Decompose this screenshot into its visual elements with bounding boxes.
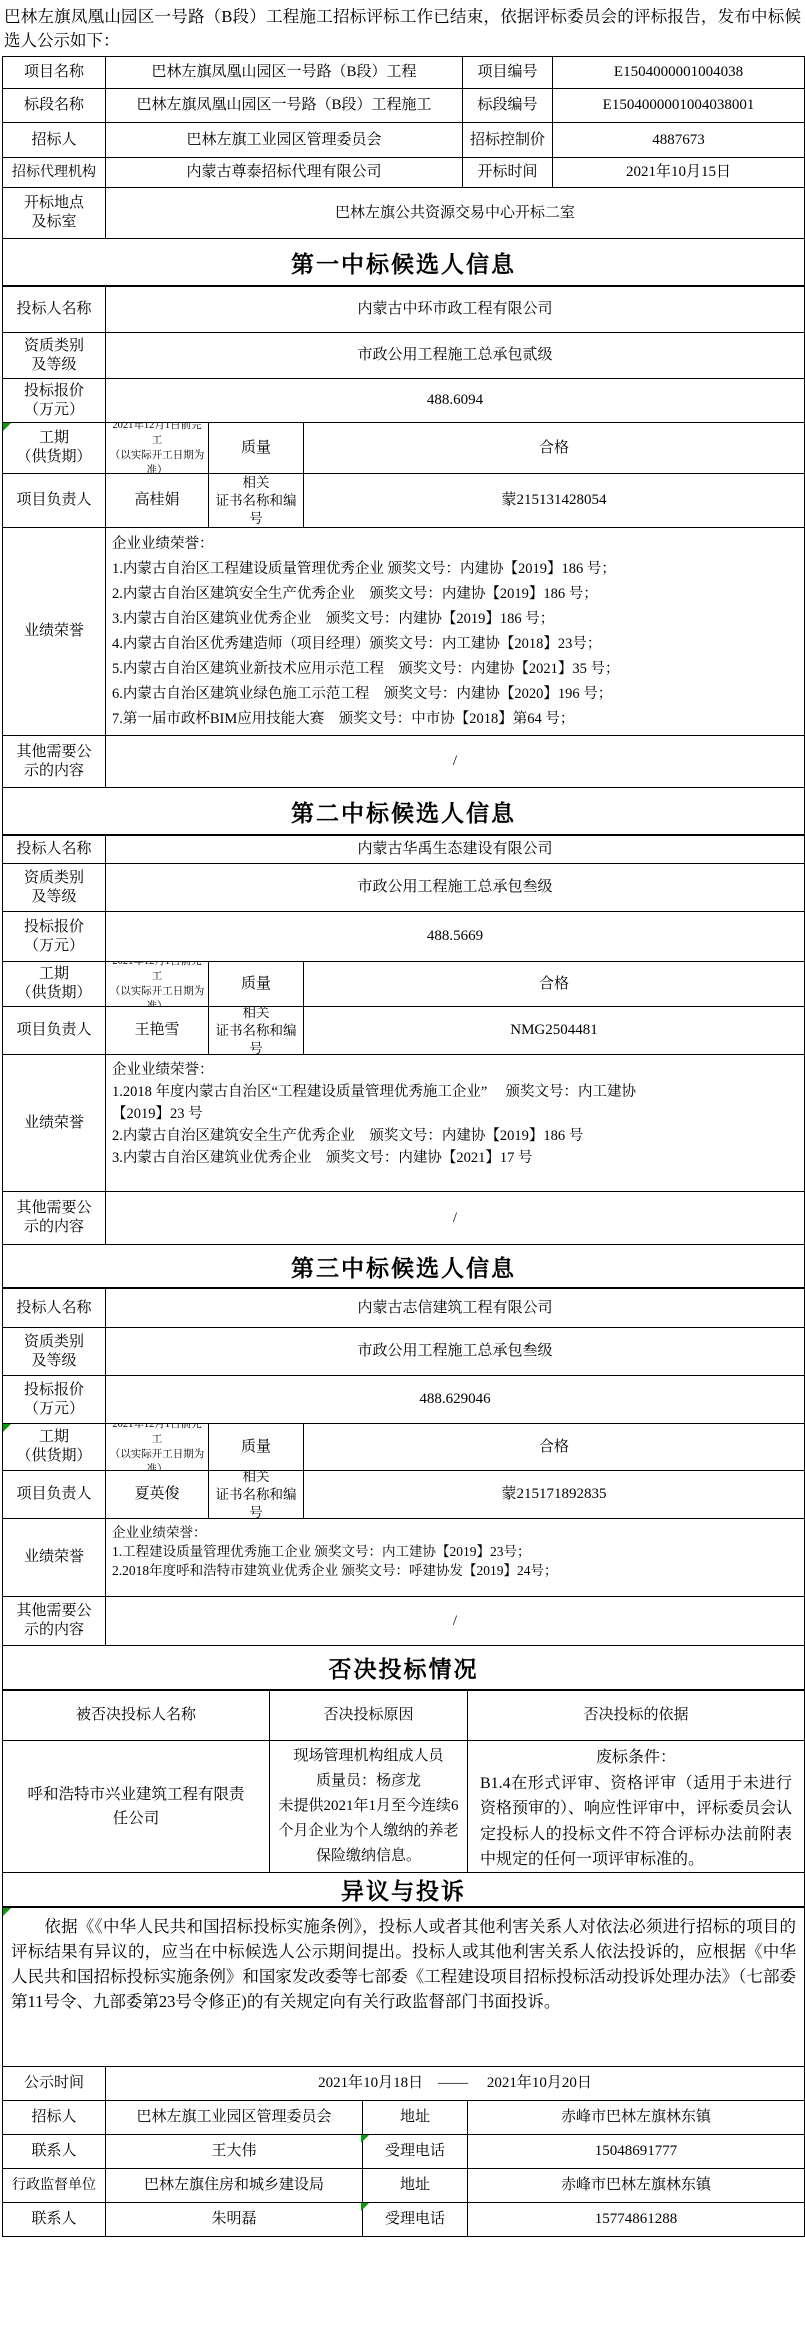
project-name-value: 巴林左旗凤凰山园区一号路（B段）工程 — [106, 57, 463, 88]
quality-label: 质量 — [209, 423, 304, 473]
bid-price-value: 488.629046 — [106, 1376, 804, 1423]
table-row: 其他需要公 示的内容 / — [3, 1597, 804, 1646]
supervisor-label: 行政监督单位 — [3, 2169, 106, 2202]
other-value: / — [106, 1597, 804, 1645]
honors-value: 企业业绩荣誉： 1.内蒙古自治区工程建设质量管理优秀企业 颁奖文号：内建协【20… — [106, 528, 804, 735]
cell-marker-icon — [3, 423, 11, 431]
rejection-reason: 现场管理机构组成人员 质量员：杨彦龙 未提供2021年1月至今连续6个月企业为个… — [270, 1741, 468, 1872]
honors-value: 企业业绩荣誉： 1.2018 年度内蒙古自治区“工程建设质量管理优秀施工企业” … — [106, 1055, 804, 1191]
bidder-name-label: 投标人名称 — [3, 1289, 106, 1327]
cert-label: 相关 证书名称和编号 — [209, 474, 304, 527]
phone-label: 受理电话 — [363, 2203, 468, 2236]
duration-label: 工期 （供货期） — [3, 423, 106, 473]
table-row: 资质类别 及等级 市政公用工程施工总承包贰级 — [3, 333, 804, 379]
table-row: 标段名称 巴林左旗凤凰山园区一号路（B段）工程施工 标段编号 E15040000… — [3, 89, 804, 123]
table-row: 投标人名称 内蒙古华禹生态建设有限公司 — [3, 836, 804, 864]
tenderee-value: 巴林左旗工业园区管理委员会 — [106, 123, 463, 157]
project-name-label: 项目名称 — [3, 57, 106, 88]
table-row: 工期 （供货期） 2021年12月1日前完工 （以实际开工日期为准） 质量 合格 — [3, 423, 804, 474]
bid-price-value: 488.6094 — [106, 379, 804, 422]
manager-label: 项目负责人 — [3, 474, 106, 527]
quality-value: 合格 — [304, 423, 804, 473]
address-value: 赤峰市巴林左旗林东镇 — [468, 2169, 804, 2202]
tenderee-label: 招标人 — [3, 2101, 106, 2134]
honors-label: 业绩荣誉 — [3, 528, 106, 735]
bidder-name-value: 内蒙古志信建筑工程有限公司 — [106, 1289, 804, 1327]
table-row: 项目负责人 夏英俊 相关 证书名称和编号 蒙215171892835 — [3, 1471, 804, 1519]
quality-label: 质量 — [209, 962, 304, 1006]
rejection-basis-title: 废标条件： — [480, 1745, 792, 1771]
bidder-name-label: 投标人名称 — [3, 287, 106, 332]
section-title-objection: 异议与投诉 — [3, 1873, 804, 1908]
table-row: 投标人名称 内蒙古志信建筑工程有限公司 — [3, 1289, 804, 1328]
table-row: 资质类别 及等级 市政公用工程施工总承包叁级 — [3, 1328, 804, 1376]
qualification-value: 市政公用工程施工总承包贰级 — [106, 333, 804, 378]
rejection-basis: 废标条件： B1.4在形式评审、资格评审（适用于未进行资格预审的）、响应性评审中… — [468, 1741, 804, 1872]
honors-label: 业绩荣誉 — [3, 1055, 106, 1191]
cert-label: 相关 证书名称和编号 — [209, 1007, 304, 1054]
table-row: 业绩荣誉 企业业绩荣誉： 1.2018 年度内蒙古自治区“工程建设质量管理优秀施… — [3, 1055, 804, 1192]
qualification-value: 市政公用工程施工总承包叁级 — [106, 864, 804, 911]
table-row: 联系人 朱明磊 受理电话 15774861288 — [3, 2203, 804, 2237]
qualification-label: 资质类别 及等级 — [3, 333, 106, 378]
table-row: 投标报价 （万元） 488.6094 — [3, 379, 804, 423]
section-title-candidate-2: 第二中标候选人信息 — [3, 788, 804, 836]
bid-price-label: 投标报价 （万元） — [3, 379, 106, 422]
rejection-header-row: 被否决投标人名称 否决投标原因 否决投标的依据 — [3, 1691, 804, 1741]
quality-value: 合格 — [304, 962, 804, 1006]
announcement-page: 巴林左旗凤凰山园区一号路（B段）工程施工招标评标工作已结束，依据评标委员会的评标… — [0, 0, 805, 2326]
table-row: 行政监督单位 巴林左旗住房和城乡建设局 地址 赤峰市巴林左旗林东镇 — [3, 2169, 804, 2203]
table-row: 投标报价 （万元） 488.5669 — [3, 912, 804, 962]
phone-label: 受理电话 — [363, 2135, 468, 2168]
control-price-label: 招标控制价 — [463, 123, 553, 157]
project-code-label: 项目编号 — [463, 57, 553, 88]
table-row: 其他需要公 示的内容 / — [3, 736, 804, 788]
qualification-label: 资质类别 及等级 — [3, 1328, 106, 1375]
phone-value: 15774861288 — [468, 2203, 804, 2236]
bidder-name-value: 内蒙古华禹生态建设有限公司 — [106, 836, 804, 863]
announcement-table: 项目名称 巴林左旗凤凰山园区一号路（B段）工程 项目编号 E1504000001… — [2, 56, 805, 2237]
open-venue-label: 开标地点 及标室 — [3, 188, 106, 238]
cell-marker-icon — [3, 1424, 11, 1432]
rejection-data-row: 呼和浩特市兴业建筑工程有限责 任公司 现场管理机构组成人员 质量员：杨彦龙 未提… — [3, 1741, 804, 1873]
quality-label: 质量 — [209, 1424, 304, 1470]
bid-price-value: 488.5669 — [106, 912, 804, 961]
address-label: 地址 — [363, 2169, 468, 2202]
cell-marker-icon — [361, 2135, 369, 2143]
table-row: 业绩荣誉 企业业绩荣誉： 1.工程建设质量管理优秀施工企业 颁奖文号：内工建协【… — [3, 1519, 804, 1597]
manager-value: 高桂娟 — [106, 474, 209, 527]
table-row: 资质类别 及等级 市政公用工程施工总承包叁级 — [3, 864, 804, 912]
table-row: 项目名称 巴林左旗凤凰山园区一号路（B段）工程 项目编号 E1504000001… — [3, 57, 804, 89]
cert-label: 相关 证书名称和编号 — [209, 1471, 304, 1518]
section-code-label: 标段编号 — [463, 89, 553, 122]
section-name-label: 标段名称 — [3, 89, 106, 122]
table-row: 工期 （供货期） 2021年12月1日前完工 （以实际开工日期为准） 质量 合格 — [3, 1424, 804, 1471]
address-label: 地址 — [363, 2101, 468, 2134]
publicity-period-label: 公示时间 — [3, 2067, 106, 2100]
section-code-value: E1504000001004038001 — [553, 89, 804, 122]
contact-label: 联系人 — [3, 2135, 106, 2168]
table-row: 招标人 巴林左旗工业园区管理委员会 地址 赤峰市巴林左旗林东镇 — [3, 2101, 804, 2135]
table-row: 招标代理机构 内蒙古尊泰招标代理有限公司 开标时间 2021年10月15日 — [3, 158, 804, 188]
rejected-bidder-name: 呼和浩特市兴业建筑工程有限责 任公司 — [3, 1741, 270, 1872]
rejected-bidder-header: 被否决投标人名称 — [3, 1691, 270, 1740]
other-value: / — [106, 736, 804, 787]
manager-value: 夏英俊 — [106, 1471, 209, 1518]
duration-label: 工期 （供货期） — [3, 962, 106, 1006]
section-name-value: 巴林左旗凤凰山园区一号路（B段）工程施工 — [106, 89, 463, 122]
other-label: 其他需要公 示的内容 — [3, 1597, 106, 1645]
table-row: 开标地点 及标室 巴林左旗公共资源交易中心开标二室 — [3, 188, 804, 239]
contact-value: 朱明磊 — [106, 2203, 363, 2236]
manager-value: 王艳雪 — [106, 1007, 209, 1054]
cert-value: NMG2504481 — [304, 1007, 804, 1054]
table-row: 招标人 巴林左旗工业园区管理委员会 招标控制价 4887673 — [3, 123, 804, 158]
qualification-label: 资质类别 及等级 — [3, 864, 106, 911]
bidder-name-value: 内蒙古中环市政工程有限公司 — [106, 287, 804, 332]
address-value: 赤峰市巴林左旗林东镇 — [468, 2101, 804, 2134]
honors-value: 企业业绩荣誉： 1.工程建设质量管理优秀施工企业 颁奖文号：内工建协【2019】… — [106, 1519, 804, 1596]
intro-paragraph: 巴林左旗凤凰山园区一号路（B段）工程施工招标评标工作已结束，依据评标委员会的评标… — [0, 0, 805, 56]
manager-label: 项目负责人 — [3, 1471, 106, 1518]
bid-price-label: 投标报价 （万元） — [3, 912, 106, 961]
table-row: 其他需要公 示的内容 / — [3, 1192, 804, 1245]
table-row: 项目负责人 高桂娟 相关 证书名称和编号 蒙215131428054 — [3, 474, 804, 528]
agency-value: 内蒙古尊泰招标代理有限公司 — [106, 158, 463, 187]
duration-value: 2021年12月1日前完工 （以实际开工日期为准） — [106, 423, 209, 473]
rejection-basis-body: B1.4在形式评审、资格评审（适用于未进行资格预审的）、响应性评审中，评标委员会… — [480, 1771, 792, 1873]
honors-label: 业绩荣誉 — [3, 1519, 106, 1596]
table-row: 工期 （供货期） 2021年12月1日前完工 （以实际开工日期为准） 质量 合格 — [3, 962, 804, 1007]
manager-label: 项目负责人 — [3, 1007, 106, 1054]
open-venue-value: 巴林左旗公共资源交易中心开标二室 — [106, 188, 804, 238]
table-row: 投标人名称 内蒙古中环市政工程有限公司 — [3, 287, 804, 333]
duration-value: 2021年12月1日前完工 （以实际开工日期为准） — [106, 962, 209, 1006]
table-row: 投标报价 （万元） 488.629046 — [3, 1376, 804, 1424]
other-label: 其他需要公 示的内容 — [3, 1192, 106, 1244]
tenderee-value: 巴林左旗工业园区管理委员会 — [106, 2101, 363, 2134]
open-time-value: 2021年10月15日 — [553, 158, 804, 187]
other-label: 其他需要公 示的内容 — [3, 736, 106, 787]
publicity-period-row: 公示时间 2021年10月18日 —— 2021年10月20日 — [3, 2067, 804, 2101]
cell-marker-icon — [361, 2203, 369, 2211]
cert-value: 蒙215171892835 — [304, 1471, 804, 1518]
publicity-period-value: 2021年10月18日 —— 2021年10月20日 — [106, 2067, 804, 2100]
contact-label: 联系人 — [3, 2203, 106, 2236]
bidder-name-label: 投标人名称 — [3, 836, 106, 863]
duration-label: 工期 （供货期） — [3, 1424, 106, 1470]
rejection-reason-header: 否决投标原因 — [270, 1691, 468, 1740]
table-row: 项目负责人 王艳雪 相关 证书名称和编号 NMG2504481 — [3, 1007, 804, 1055]
tenderee-label: 招标人 — [3, 123, 106, 157]
section-title-candidate-1: 第一中标候选人信息 — [3, 239, 804, 287]
phone-value: 15048691777 — [468, 2135, 804, 2168]
agency-label: 招标代理机构 — [3, 158, 106, 187]
other-value: / — [106, 1192, 804, 1244]
section-title-candidate-3: 第三中标候选人信息 — [3, 1245, 804, 1289]
cell-marker-icon — [3, 1908, 11, 1916]
open-time-label: 开标时间 — [463, 158, 553, 187]
section-title-rejection: 否决投标情况 — [3, 1646, 804, 1691]
cert-value: 蒙215131428054 — [304, 474, 804, 527]
qualification-value: 市政公用工程施工总承包叁级 — [106, 1328, 804, 1375]
control-price-value: 4887673 — [553, 123, 804, 157]
contact-value: 王大伟 — [106, 2135, 363, 2168]
table-row: 联系人 王大伟 受理电话 15048691777 — [3, 2135, 804, 2169]
duration-value: 2021年12月1日前完工 （以实际开工日期为准） — [106, 1424, 209, 1470]
bid-price-label: 投标报价 （万元） — [3, 1376, 106, 1423]
project-code-value: E1504000001004038 — [553, 57, 804, 88]
supervisor-value: 巴林左旗住房和城乡建设局 — [106, 2169, 363, 2202]
table-row: 业绩荣誉 企业业绩荣誉： 1.内蒙古自治区工程建设质量管理优秀企业 颁奖文号：内… — [3, 528, 804, 736]
rejection-basis-header: 否决投标的依据 — [468, 1691, 804, 1740]
quality-value: 合格 — [304, 1424, 804, 1470]
objection-paragraph: 依据《《中华人民共和国招标投标实施条例》，投标人或者其他利害关系人对依法必须进行… — [3, 1908, 804, 2067]
